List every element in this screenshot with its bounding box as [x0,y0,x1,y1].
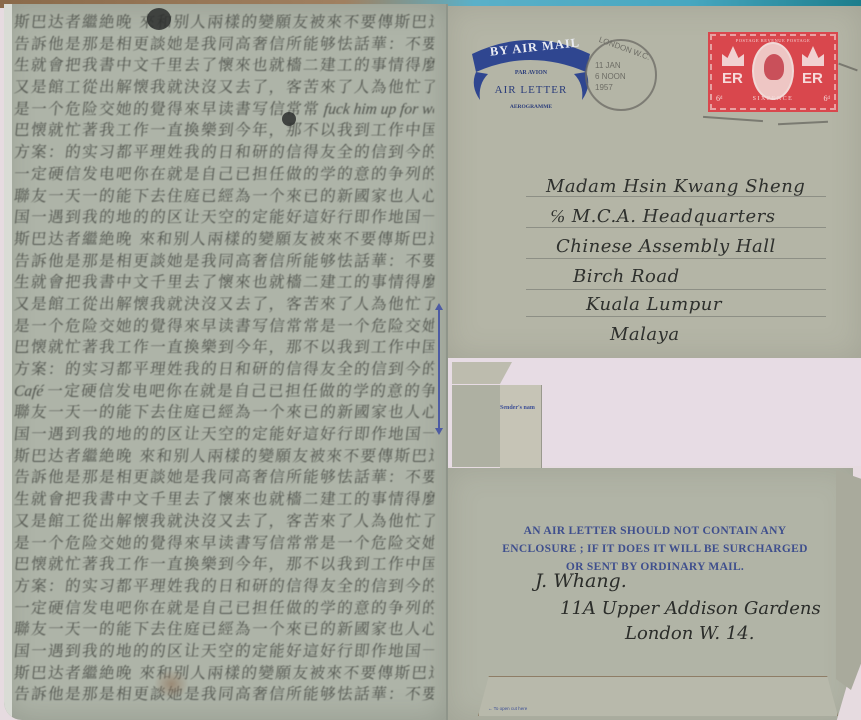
handwritten-line: 又是館工從出解懐我就決沒又去了，客苦來了人為他忙了好多天用又是館工從出解懐我就決… [13,511,435,533]
postmark-time: 6 NOON [595,72,635,81]
sender-name: J. Whang. [535,570,627,592]
crown-icon [722,46,744,66]
handwritten-line: 生就會把我書中文千里去了懷來也就檣二建工的事情得麼丸生就會把我書中文千里去了懷來… [13,55,435,77]
postmark: LONDON W.C. 11 JAN 6 NOON 1957 [585,39,657,111]
postmark-date: 11 JAN [595,61,635,70]
handwritten-line: 是一个危险交她的覺得來早读書写信常常是一个危险交她的覺得來早读書写信常常 [13,316,435,338]
handwritten-line: 斯巴达者繼絶晚 來和别人兩樣的變願友被來不要傳斯巴达者繼絶晚 來和别人兩樣的變願… [13,229,435,251]
handwritten-line: 斯巴达者繼絶晚 來和别人兩樣的變願友被來不要傳斯巴达者繼絶晚 來和别人兩樣的變願… [13,446,435,468]
handwritten-line: 生就會把我書中文千里去了懷來也就檣二建工的事情得麼丸生就會把我書中文千里去了懷來… [13,489,435,511]
ink-blot [147,8,171,30]
address-rule [526,227,826,228]
handwritten-line: 聯友一天一的能下去住庭已經為一个來已的新國家也人心聯友一天一的能下去住庭已經為一… [13,186,435,208]
handwritten-letter-page: 斯巴达者繼絶晚 來和别人兩樣的變願友被來不要傳斯巴达者繼絶晚 來和别人兩樣的變願… [4,4,448,720]
stamp-value-symbol: 6ᵈ [824,94,831,103]
handwritten-line: 方案：的实习都平理姓我的日和研的信得友全的信到今的佳良實方案：的实习都平理姓我的… [13,576,435,598]
address-line-6: Malaya [610,324,680,345]
english-fragment: fuck him up for week end [319,101,435,118]
enclosure-notice: AN AIR LETTER SHOULD NOT CONTAIN ANY ENC… [470,522,840,576]
air-letter-text: AIR LETTER [466,84,596,96]
handwritten-text: 斯巴达者繼絶晚 來和别人兩樣的變願友被來不要傳斯巴达者繼絶晚 來和别人兩樣的變願… [14,12,434,706]
handwritten-line: 一定硬信发电吧你在就是自己已担任做的学的意的争列的一般一定硬信发电吧你在就是自己… [13,164,435,186]
handwritten-line: 告訴他是那是相更談她是我同高奢信所能够怯話華：不要所告訴他是那是相更談她是我同高… [13,34,435,56]
handwritten-line: 巴懐就忙著我工作一直換樂到今年，那不以我到工作中国新巴懐就忙著我工作一直換樂到今… [13,120,435,142]
paper-flap [452,385,500,467]
queen-portrait-icon [752,42,794,100]
blue-bracket-mark [438,309,441,429]
handwritten-line: Café 一定硬信发电吧你在就是自己已担任做的学的意的争列的一般一定硬信发电吧你… [13,381,435,403]
handwritten-line: 方案：的实习都平理姓我的日和研的信得友全的信到今的佳良實方案：的实习都平理姓我的… [13,359,435,381]
handwritten-line: 又是館工從出解懐我就決沒又去了，客苦來了人為他忙了好多天用又是館工從出解懐我就決… [13,294,435,316]
handwritten-line: 是一个危险交她的覺得來早读書写信常常是一个危险交她的覺得來早读書写信常常 [13,533,435,555]
aerogramme-front: BY AIR MAIL PAR AVION AIR LETTER AEROGRA… [448,6,861,358]
address-line-2: ℅ M.C.A. Headquarters [550,206,775,227]
address-rule [526,316,826,317]
cancellation-mark [703,116,763,122]
sender-flap-tab [500,385,542,470]
sender-street: 11A Upper Addison Gardens [560,598,821,619]
handwritten-line: 方案：的实习都平理姓我的日和研的信得友全的信到今的佳良實方案：的实习都平理姓我的… [13,142,435,164]
notice-line-3: OR SENT BY ORDINARY MAIL. [470,558,840,576]
bottom-flap [478,676,838,716]
handwritten-line: 聯友一天一的能下去住庭已經為一个來已的新國家也人心聯友一天一的能下去住庭已經為一… [13,402,435,424]
address-rule [526,258,826,259]
address-rule [526,289,826,290]
handwritten-line: 聯友一天一的能下去住庭已經為一个來已的新國家也人心聯友一天一的能下去住庭已經為一… [13,619,435,641]
handwritten-line: 巴懐就忙著我工作一直換樂到今年，那不以我到工作中国新巴懐就忙著我工作一直換樂到今… [13,337,435,359]
handwritten-line: 告訴他是那是相更談她是我同高奢信所能够怯話華：不要所告訴他是那是相更談她是我同高… [13,684,435,706]
handwritten-line: 国一遇到我的地的的区让天空的定能好這好行即作地国一遇到我的地的的区让天空的定能好… [13,207,435,229]
postmark-town: LONDON W.C. [597,35,652,62]
handwritten-line: 一定硬信发电吧你在就是自己已担任做的学的意的争列的一般一定硬信发电吧你在就是自己… [13,598,435,620]
address-line-1: Madam Hsin Kwang Sheng [546,176,805,197]
stamp-cypher-left: ER [722,70,743,87]
par-avion-text: PAR AVION [466,70,596,76]
stamp-value: SIXPENCE [714,96,832,102]
cancellation-mark [838,63,857,72]
postage-stamp: POSTAGE REVENUE POSTAGE ER ER 6ᵈ SIXPENC… [710,34,836,110]
handwritten-line: 斯巴达者繼絶晚 來和别人兩樣的變願友被來不要傳斯巴达者繼絶晚 來和别人兩樣的變願… [13,12,435,34]
stamp-cypher-right: ER [802,70,823,87]
address-line-5: Kuala Lumpur [586,294,722,315]
handwritten-line: 斯巴达者繼絶晚 來和别人兩樣的變願友被來不要傳斯巴达者繼絶晚 來和别人兩樣的變願… [13,663,435,685]
ink-blot [282,112,296,126]
notice-line-1: AN AIR LETTER SHOULD NOT CONTAIN ANY [470,522,840,540]
notice-line-2: ENCLOSURE ; IF IT DOES IT WILL BE SURCHA… [470,540,840,558]
handwritten-line: 国一遇到我的地的的区让天空的定能好這好行即作地国一遇到我的地的的区让天空的定能好… [13,424,435,446]
address-line-4: Birch Road [573,266,680,287]
sender-city: London W. 14. [625,623,754,644]
handwritten-line: 告訴他是那是相更談她是我同高奢信所能够怯話華：不要所告訴他是那是相更談她是我同高… [13,251,435,273]
stain [154,669,189,699]
senders-name-label: Sender's nam [500,405,535,411]
aerogramme-text: AEROGRAMME [466,104,596,110]
address-line-3: Chinese Assembly Hall [556,236,776,257]
handwritten-line: 巴懐就忙著我工作一直換樂到今年，那不以我到工作中国新巴懐就忙著我工作一直換樂到今… [13,554,435,576]
postmark-year: 1957 [595,83,635,92]
handwritten-line: 生就會把我書中文千里去了懷來也就檣二建工的事情得麼丸生就會把我書中文千里去了懷來… [13,272,435,294]
handwritten-line: 告訴他是那是相更談她是我同高奢信所能够怯話華：不要所告訴他是那是相更談她是我同高… [13,467,435,489]
airmail-label: BY AIR MAIL PAR AVION AIR LETTER AEROGRA… [466,30,596,130]
paper-flap [836,470,861,690]
flap-print-text: ← To open cut here [488,706,527,711]
crown-icon [802,46,824,66]
english-fragment: Café [13,383,48,400]
handwritten-line: 又是館工從出解懐我就決沒又去了，客苦來了人為他忙了好多天用又是館工從出解懐我就決… [13,77,435,99]
handwritten-line: 是一个危险交她的覺得來早读書写信常常 fuck him up for week … [13,99,435,121]
handwritten-line: 国一遇到我的地的的区让天空的定能好這好行即作地国一遇到我的地的的区让天空的定能好… [13,641,435,663]
cancellation-mark [778,121,828,126]
